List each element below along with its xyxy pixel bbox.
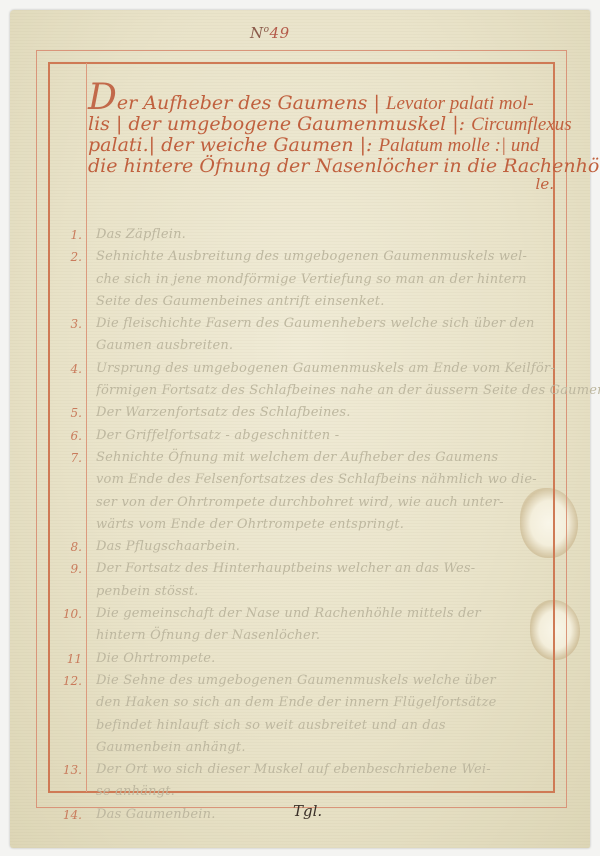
entry-text-line: Das Pflugschaarbein.	[96, 536, 547, 558]
entry-number: 2.	[48, 246, 86, 268]
entry-number: 1.	[48, 224, 86, 246]
legend-entry: 13.Der Ort wo sich dieser Muskel auf ebe…	[48, 759, 555, 804]
entry-text-line: Der Griffelfortsatz - abgeschnitten -	[96, 425, 547, 447]
entry-text: Das Pflugschaarbein.	[86, 536, 555, 558]
manuscript-sheet: No49 Der Aufheber des Gaumens | Levator …	[10, 10, 590, 848]
entry-text: Der Fortsatz des Hinterhauptbeins welche…	[86, 558, 555, 603]
entry-text-line: den Haken so sich an dem Ende der innern…	[96, 692, 547, 714]
entry-text-line: Sehnichte Ausbreitung des umgebogenen Ga…	[96, 246, 547, 268]
entry-text-line: Ursprung des umgebogenen Gaumenmuskels a…	[96, 358, 600, 380]
entry-number: 5.	[48, 402, 86, 424]
heading-line-2: lis | der umgebogene Gaumenmuskel |: Cir…	[88, 114, 558, 135]
entry-number: 11	[48, 648, 86, 670]
entry-text-line: förmigen Fortsatz des Schlafbeines nahe …	[96, 380, 600, 402]
legend-entry: 12.Die Sehne des umgebogenen Gaumenmuske…	[48, 670, 555, 759]
legend-entry: 8.Das Pflugschaarbein.	[48, 536, 555, 558]
entry-number: 12.	[48, 670, 86, 692]
entry-text-line: penbein stösst.	[96, 581, 547, 603]
legend-entry: 10.Die gemeinschaft der Nase und Rachenh…	[48, 603, 555, 648]
entry-text-line: che sich in jene mondförmige Vertiefung …	[96, 269, 547, 291]
entry-text-line: Der Ort wo sich dieser Muskel auf ebenbe…	[96, 759, 547, 781]
legend-entry: 11Die Ohrtrompete.	[48, 648, 555, 670]
heading-initial: D	[88, 77, 117, 118]
entry-text-line: Der Fortsatz des Hinterhauptbeins welche…	[96, 558, 547, 580]
entry-text: Das Zäpflein.	[86, 224, 555, 246]
entry-text: Der Griffelfortsatz - abgeschnitten -	[86, 425, 555, 447]
entry-number: 7.	[48, 447, 86, 469]
legend-entries: 1.Das Zäpflein.2.Sehnichte Ausbreitung d…	[48, 224, 555, 826]
entry-number: 4.	[48, 358, 86, 380]
entry-number: 9.	[48, 558, 86, 580]
legend-entry: 3.Die fleischichte Fasern des Gaumenhebe…	[48, 313, 555, 358]
entry-text: Sehnichte Ausbreitung des umgebogenen Ga…	[86, 246, 555, 313]
legend-entry: 9.Der Fortsatz des Hinterhauptbeins welc…	[48, 558, 555, 603]
entry-text: Der Ort wo sich dieser Muskel auf ebenbe…	[86, 759, 555, 804]
entry-text-line: ser von der Ohrtrompete durchbohret wird…	[96, 492, 547, 514]
entry-text-line: Die Sehne des umgebogenen Gaumenmuskels …	[96, 670, 547, 692]
entry-text-line: Das Zäpflein.	[96, 224, 547, 246]
entry-number: 10.	[48, 603, 86, 625]
entry-text-line: Die gemeinschaft der Nase und Rachenhöhl…	[96, 603, 547, 625]
heading-line-3: palati.| der weiche Gaumen |: Palatum mo…	[88, 135, 558, 156]
entry-text: Sehnichte Öfnung mit welchem der Aufhebe…	[86, 447, 555, 536]
folio-number-top: No49	[250, 24, 290, 42]
entry-text-line: vom Ende des Felsenfortsatzes des Schlaf…	[96, 469, 547, 491]
folio-signature-bottom: Tgl.	[293, 802, 322, 820]
entry-text: Die Ohrtrompete.	[86, 648, 555, 670]
legend-entry: 4.Ursprung des umgebogenen Gaumenmuskels…	[48, 358, 555, 403]
page-heading: Der Aufheber des Gaumens | Levator palat…	[88, 88, 558, 191]
entry-text: Der Warzenfortsatz des Schlafbeines.	[86, 402, 555, 424]
legend-entry: 5.Der Warzenfortsatz des Schlafbeines.	[48, 402, 555, 424]
entry-number: 14.	[48, 804, 86, 826]
entry-text: Die gemeinschaft der Nase und Rachenhöhl…	[86, 603, 555, 648]
legend-entry: 1.Das Zäpflein.	[48, 224, 555, 246]
legend-entry: 7.Sehnichte Öfnung mit welchem der Aufhe…	[48, 447, 555, 536]
entry-number: 6.	[48, 425, 86, 447]
entry-text-line: se anhängt.	[96, 781, 547, 803]
heading-tail: le.	[88, 177, 558, 191]
entry-text-line: Sehnichte Öfnung mit welchem der Aufhebe…	[96, 447, 547, 469]
entry-text-line: Gaumenbein anhängt.	[96, 737, 547, 759]
entry-text-line: Gaumen ausbreiten.	[96, 335, 547, 357]
entry-text-line: wärts vom Ende der Ohrtrompete entspring…	[96, 514, 547, 536]
entry-text-line: Die Ohrtrompete.	[96, 648, 547, 670]
entry-text-line: Die fleischichte Fasern des Gaumenhebers…	[96, 313, 547, 335]
entry-text-line: befindet hinlauft sich so weit ausbreite…	[96, 715, 547, 737]
entry-text: Die Sehne des umgebogenen Gaumenmuskels …	[86, 670, 555, 759]
entry-text: Ursprung des umgebogenen Gaumenmuskels a…	[86, 358, 600, 403]
legend-entry: 2.Sehnichte Ausbreitung des umgebogenen …	[48, 246, 555, 313]
entry-text-line: Seite des Gaumenbeines antrift einsenket…	[96, 291, 547, 313]
entry-number: 3.	[48, 313, 86, 335]
entry-number: 13.	[48, 759, 86, 781]
entry-number: 8.	[48, 536, 86, 558]
heading-line-1: Der Aufheber des Gaumens | Levator palat…	[88, 88, 558, 114]
heading-line-4: die hintere Öfnung der Nasenlöcher in di…	[88, 156, 558, 177]
entry-text: Die fleischichte Fasern des Gaumenhebers…	[86, 313, 555, 358]
legend-entry: 6.Der Griffelfortsatz - abgeschnitten -	[48, 425, 555, 447]
entry-text-line: hintern Öfnung der Nasenlöcher.	[96, 625, 547, 647]
entry-text-line: Der Warzenfortsatz des Schlafbeines.	[96, 402, 547, 424]
